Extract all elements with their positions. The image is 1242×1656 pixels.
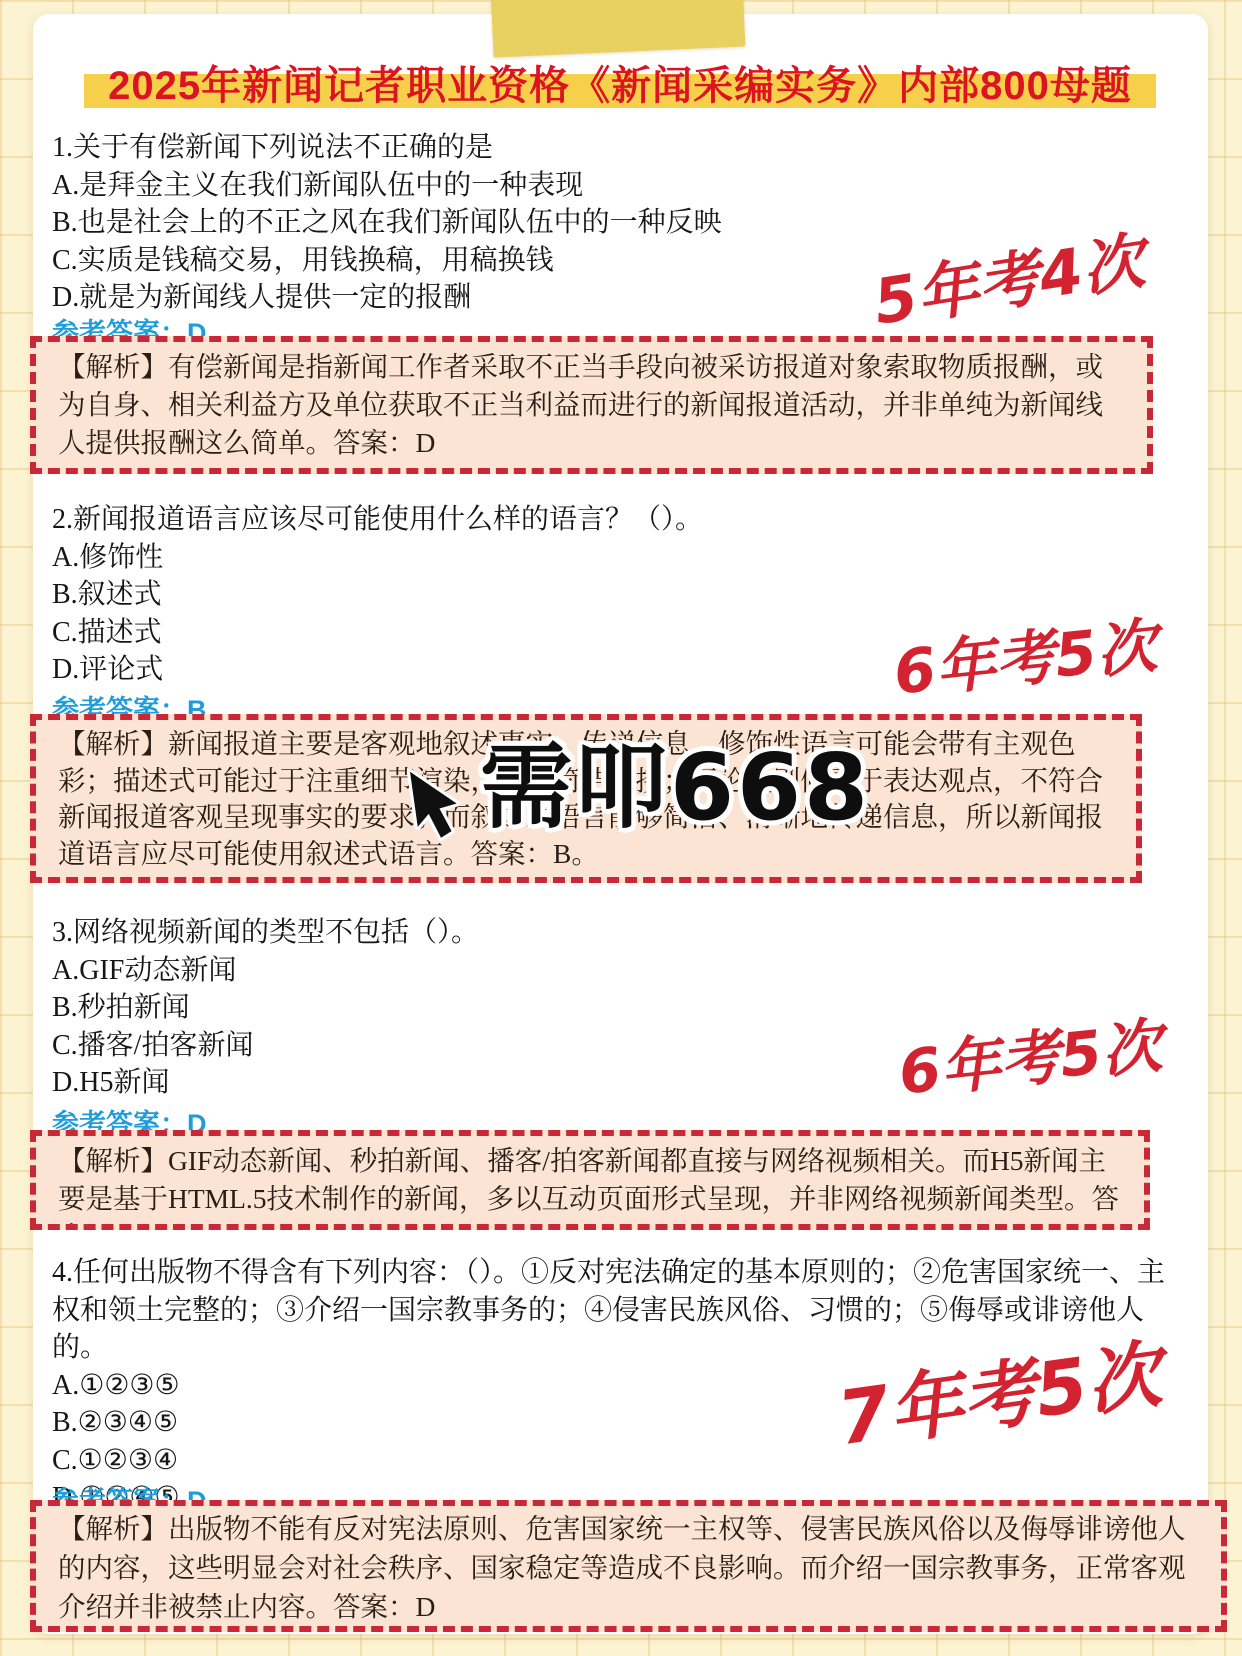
question-4-option-c: C.①②③④	[52, 1442, 1187, 1480]
watermark: 需叩668	[408, 742, 871, 842]
question-3-analysis-box: 【解析】GIF动态新闻、秒拍新闻、播客/拍客新闻都直接与网络视频相关。而H5新闻…	[30, 1130, 1150, 1230]
question-2-option-a: A.修饰性	[52, 539, 1187, 577]
exam-sheet-page: 2025年新闻记者职业资格《新闻采编实务》内部800母题 1.关于有偿新闻下列说…	[0, 0, 1242, 1656]
question-1-option-a: A.是拜金主义在我们新闻队伍中的一种表现	[52, 167, 1187, 205]
question-3-text: 3.网络视频新闻的类型不包括（）。	[52, 914, 1187, 952]
question-1-text: 1.关于有偿新闻下列说法不正确的是	[52, 129, 1187, 167]
question-2-option-b: B.叙述式	[52, 576, 1187, 614]
question-3-option-a: A.GIF动态新闻	[52, 952, 1187, 990]
question-2-text: 2.新闻报道语言应该尽可能使用什么样的语言？（）。	[52, 501, 1187, 539]
question-1-analysis-box: 【解析】有偿新闻是指新闻工作者采取不正当手段向被采访报道对象索取物质报酬，或为自…	[30, 336, 1153, 474]
question-4-analysis-box: 【解析】出版物不能有反对宪法原则、危害国家统一主权等、侵害民族风俗以及侮辱诽谤他…	[30, 1500, 1227, 1632]
page-title: 2025年新闻记者职业资格《新闻采编实务》内部800母题	[40, 54, 1200, 111]
cursor-arrow-icon	[403, 763, 467, 846]
watermark-text: 需叩668	[480, 742, 871, 834]
